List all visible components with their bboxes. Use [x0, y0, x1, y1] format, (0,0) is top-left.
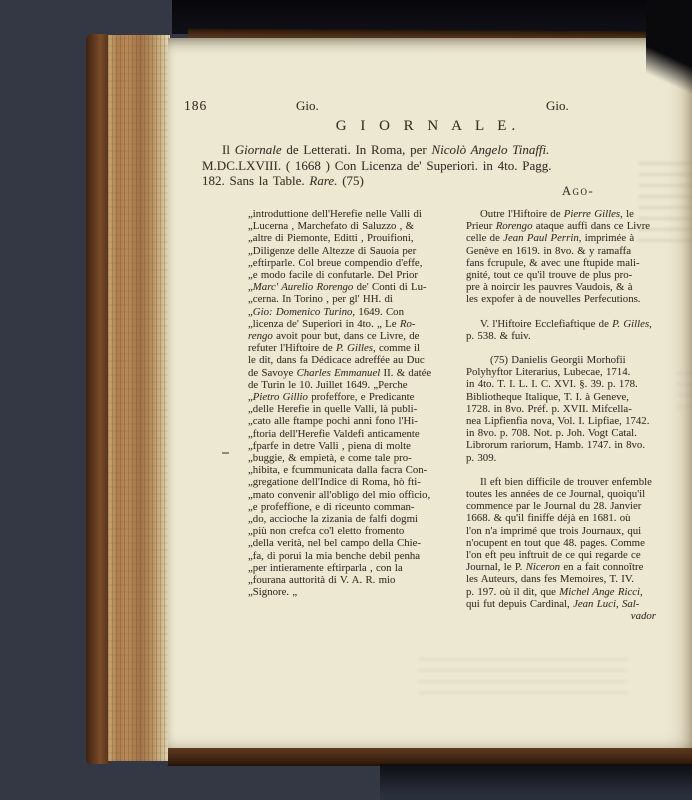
text-line: pre à noircir les pauvres Vaudois, & à [466, 281, 670, 293]
bleed-through [418, 650, 628, 694]
text-line: commence par le Journal du 28. Janvier [466, 500, 670, 512]
text-line: „Diligenze delle Altezze di Sauoia per [248, 245, 468, 257]
text-line: „introduttione dell'Herefie nelle Valli … [248, 208, 468, 220]
book-page: 186 Gio. Gio. G I O R N A L E. Il Giorna… [168, 38, 692, 752]
bottom-right-shadow [380, 764, 692, 800]
text-line: les Auteurs, dans fes Memoires, T. IV. [466, 573, 670, 585]
text-line: M.DC.LXVIII. ( 1668 ) Con Licenza de' Su… [202, 158, 654, 174]
text-line: p. 309. [466, 452, 670, 464]
catchword-bottom: vador [466, 610, 670, 622]
text-line: „licenza de' Superiori in 4to. „ Le Ro- [248, 318, 468, 330]
text-line: „fourana auttorità di V. A. R. mio [248, 574, 468, 586]
paragraph: V. l'Hiftoire Ecclefiaftique de P. Gille… [466, 318, 670, 342]
text-line: toutes les années de ce Journal, quoiqu'… [466, 488, 670, 500]
text-line: l'on eft peu inftruit de ce qui regarde … [466, 549, 670, 561]
text-line: celle de Jean Paul Perrin, imprimée à [466, 232, 670, 244]
scanned-book-photo: 186 Gio. Gio. G I O R N A L E. Il Giorna… [0, 0, 692, 800]
paragraph: Outre l'Hiftoire de Pierre Gilles, lePri… [466, 208, 670, 306]
text-line: Bibliotheque Italique, T. I. à Geneve, [466, 391, 670, 403]
section-title: G I O R N A L E. [208, 118, 648, 135]
text-line: „gregatione dell'Indice di Roma, hò fti- [248, 476, 468, 488]
text-line: qui fut depuis Cardinal, Jean Luci, Sal- [466, 598, 670, 610]
text-line: les expofer à de nouvelles Perfecutions. [466, 293, 670, 305]
text-line: Il Giornale de Letterati. In Roma, per N… [202, 142, 654, 158]
book-fore-edge [108, 35, 170, 761]
text-line: „e profeffione, e di riceunto comman- [248, 501, 468, 513]
text-line: „Marc' Aurelio Rorengo de' Conti di Lu- [248, 281, 468, 293]
book-cover-edge [86, 34, 110, 764]
text-line: „altre di Piemonte, Editti , Prouifioni, [248, 232, 468, 244]
text-line: (75) Danielis Georgii Morhofii [466, 354, 670, 366]
margin-mark [222, 452, 229, 454]
catchword-next-section: Ago- [562, 184, 594, 199]
text-line: Il eft bien difficile de trouver enfembl… [466, 476, 670, 488]
text-line: „fparfe in detre Valli , piena di molte [248, 440, 468, 452]
text-line: de Turin le 10. Juillet 1649. „Perche [248, 379, 468, 391]
text-line: gnité, tout ce qu'il trouve de plus pro- [466, 269, 670, 281]
page-number: 186 [184, 98, 207, 114]
text-line: „Lucerna , Marchefato di Saluzzo , & [248, 220, 468, 232]
text-line: fans fcrupule, & avec une ftupide mali- [466, 257, 670, 269]
text-line: refuter l'Hiftoire de P. Gilles, comme i… [248, 342, 468, 354]
right-text-column: Outre l'Hiftoire de Pierre Gilles, lePri… [466, 208, 670, 634]
entry-heading-paragraph: Il Giornale de Letterati. In Roma, per N… [202, 142, 654, 189]
text-line: le dit, dans fa Dédicace adreffée au Duc [248, 354, 468, 366]
text-line: „più non crefca co'l eletto fromento [248, 525, 468, 537]
paragraph: (75) Danielis Georgii MorhofiiPolyhyftor… [466, 354, 670, 464]
text-line: 1668. & qu'il finiffe déjà en 1681. où [466, 512, 670, 524]
text-line: Outre l'Hiftoire de Pierre Gilles, le [466, 208, 670, 220]
text-line: 1728. in 8vo. Préf. p. XVII. Mifcella- [466, 403, 670, 415]
text-line: „mato convenir all'obligo del mio offici… [248, 489, 468, 501]
text-line: de Savoye Charles Emmanuel II. & datée [248, 367, 468, 379]
text-line: nea Lipfienfia nova, Vol. I. Lipfiae, 17… [466, 415, 670, 427]
text-line: „per intieramente eftirparla , con la [248, 562, 468, 574]
text-line: p. 197. où il dit, que Michel Ange Ricci… [466, 586, 670, 598]
paragraph: Il eft bien difficile de trouver enfembl… [466, 476, 670, 622]
text-line: n'ocupent en tout que 48. pages. Comme [466, 537, 670, 549]
bleed-through [676, 368, 692, 408]
text-line: p. 538. & fuiv. [466, 330, 670, 342]
text-line: „fa, di porui la mia benche debil penha [248, 550, 468, 562]
text-line: „hibita, e fcummunicata dalla facra Con- [248, 464, 468, 476]
running-title-right: Gio. [546, 98, 569, 114]
text-line: Polyhyftor Literarius, Lubecae, 1714. [466, 366, 670, 378]
text-line: „Gio: Domenico Turino, 1649. Con [248, 306, 468, 318]
text-line: Prieur Rorengo ataque auffi dans ce Livr… [466, 220, 670, 232]
text-line: in 8vo. p. 708. Not. p. Joh. Vogt Catal. [466, 427, 670, 439]
text-line: „do, accioche la zizania de falfi dogmi [248, 513, 468, 525]
text-line: in 4to. T. I. L. I. C. XVI. §. 39. p. 17… [466, 378, 670, 390]
running-title-left: Gio. [296, 98, 319, 114]
text-line: Genève en 1619. in 8vo. & y ramaffa [466, 245, 670, 257]
text-line: „ftoria dell'Herefie Valdefi anticamente [248, 428, 468, 440]
text-line: „cato alle ftampe pochi anni fono l'Hi- [248, 415, 468, 427]
text-line: „eftirparle. Col breue compendio d'effe, [248, 257, 468, 269]
text-line: „delle Herefie in quelle Valli, là publi… [248, 403, 468, 415]
text-line: „Pietro Gillio profeffore, e Predicante [248, 391, 468, 403]
text-line: „buggie, & empietà, e come tale pro- [248, 452, 468, 464]
text-line: „cerna. In Torino , per gl' HH. di [248, 293, 468, 305]
text-line: Journal, le P. Niceron en a fait connoît… [466, 561, 670, 573]
text-line: Librorum rariorum, Hamb. 1747. in 8vo. [466, 439, 670, 451]
text-line: „Signore. „ [248, 586, 468, 598]
text-line: rengo avoit pour but, dans ce Livre, de [248, 330, 468, 342]
left-text-column: „introduttione dell'Herefie nelle Valli … [248, 208, 468, 599]
text-line: V. l'Hiftoire Ecclefiaftique de P. Gille… [466, 318, 670, 330]
text-line: „della verità, nel bel campo della Chie- [248, 537, 468, 549]
text-line: „e modo facile di confutarle. Del Prior [248, 269, 468, 281]
top-right-corner-shadow [646, 0, 692, 118]
text-line: l'on n'a imprimé que trois Journaux, qui [466, 525, 670, 537]
